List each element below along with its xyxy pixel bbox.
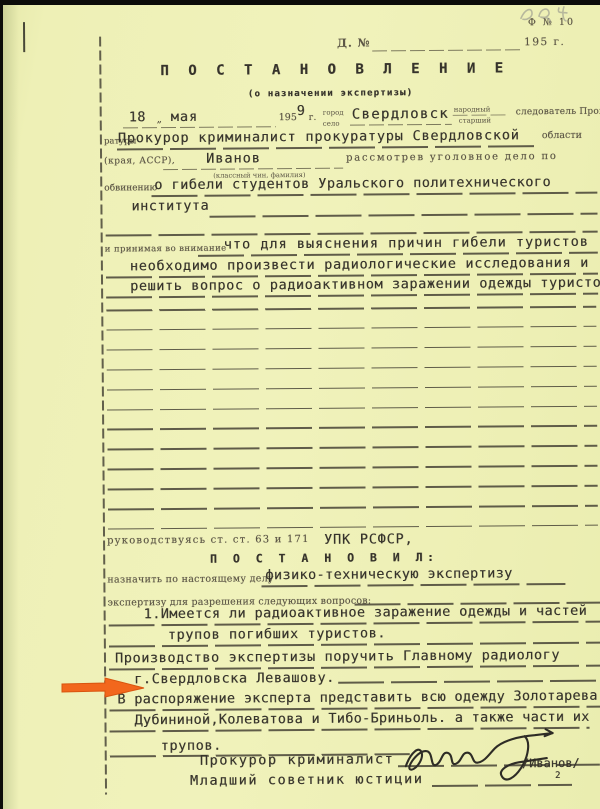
document-subtitle: (о назначении экспертизы) bbox=[161, 87, 501, 100]
scan-border-top bbox=[0, 0, 600, 5]
signer-title-2: Младший советник юстиции bbox=[190, 771, 424, 789]
blank-ruled-line bbox=[107, 445, 597, 450]
name-underline bbox=[163, 168, 343, 171]
consideration-typed-3: решить вопрос о радиоактивном заражении … bbox=[130, 275, 600, 295]
blank-ruled-line bbox=[108, 525, 598, 530]
consideration-typed-2: необходимо произвести радиологические ис… bbox=[130, 255, 589, 275]
blank-ruled-line bbox=[107, 365, 597, 370]
scan-mark-tick bbox=[23, 22, 25, 52]
date-day: 18 bbox=[129, 109, 146, 125]
question1-line1: 1.Имеется ли радиоактивное заражение оде… bbox=[144, 603, 588, 622]
rank-label-bottom: старший bbox=[459, 117, 491, 125]
place-label-bottom: село bbox=[323, 120, 340, 128]
accusation-underline-2 bbox=[210, 213, 598, 218]
date-month: мая bbox=[171, 109, 199, 125]
consideration-label: и принимая во внимание bbox=[105, 244, 227, 255]
place-blank bbox=[350, 124, 452, 126]
signer-title-1: Прокурор криминалист bbox=[200, 751, 395, 769]
place-label-top: город bbox=[323, 109, 344, 117]
reviewed-label: рассмотрев уголовное дело по bbox=[346, 151, 558, 164]
order-line3: В распоряжение эксперта представить всю … bbox=[117, 688, 598, 708]
blank-ruled-line bbox=[108, 485, 598, 490]
date-quote: „ bbox=[157, 114, 162, 125]
guided-by-printed: руководствуясь ст. ст. 63 и 171 bbox=[107, 534, 310, 547]
accusation-typed-1: о гибели студентов Уральского политехнич… bbox=[154, 174, 551, 193]
place-typed: Свердловск bbox=[352, 106, 449, 123]
investigator-label: следователь Проку- bbox=[516, 107, 600, 118]
case-number-blank bbox=[372, 49, 520, 51]
blank-ruled-line bbox=[107, 385, 597, 390]
year-suffix: г. bbox=[309, 113, 317, 123]
blank-ruled-line bbox=[106, 306, 596, 311]
investigator-name-typed: Иванов bbox=[206, 150, 261, 166]
blank-ruled-line bbox=[108, 505, 598, 510]
blank-ruled-line bbox=[106, 326, 596, 331]
region-label: (края, АССР), bbox=[104, 156, 175, 167]
order-line2: г.Свердловска Левашову. bbox=[134, 670, 335, 688]
guided-by-typed: УПК РСФСР, bbox=[324, 531, 413, 548]
year-typed: 9 bbox=[297, 103, 306, 119]
case-year: 195 г. bbox=[524, 36, 565, 48]
scan-border-left bbox=[0, 0, 3, 809]
officer-typed: Прокурор криминалист прокуратуры Свердло… bbox=[118, 127, 520, 146]
rank-label-top: народный bbox=[454, 106, 491, 114]
handwritten-signature bbox=[404, 725, 594, 788]
blank-ruled-line bbox=[107, 405, 597, 410]
order-line5: трупов. bbox=[161, 738, 222, 754]
order-blank-2 bbox=[338, 680, 600, 684]
annotation-arrow-icon bbox=[60, 677, 146, 699]
blank-ruled-line bbox=[107, 425, 597, 430]
order-line1: Производство экспертизы поручить Главном… bbox=[115, 647, 560, 666]
accusation-label: обвинению bbox=[104, 183, 157, 193]
assign-printed: назначить по настоящему делу bbox=[107, 573, 274, 585]
assign-typed: физико-техническую экспертизу bbox=[265, 565, 512, 583]
blank-ruled-line bbox=[107, 465, 597, 470]
year-printed: 195 bbox=[279, 112, 297, 123]
pencil-scribble bbox=[517, 4, 573, 26]
date-blank bbox=[123, 126, 276, 128]
officer-printed-suffix: области bbox=[542, 130, 582, 141]
resolved-heading: П О С Т А Н О В И Л: bbox=[184, 550, 464, 566]
document-title: П О С Т А Н О В Л Е Н И Е bbox=[160, 60, 500, 79]
accusation-typed-2: института bbox=[131, 198, 209, 215]
blank-ruled-line bbox=[107, 345, 597, 350]
consideration-typed-1: что для выяснения причин гибели туристов bbox=[224, 234, 589, 253]
question1-line2: трупов погибших туристов. bbox=[168, 625, 386, 643]
case-number-label: Д. № bbox=[337, 36, 371, 49]
assign-underline bbox=[261, 583, 565, 587]
